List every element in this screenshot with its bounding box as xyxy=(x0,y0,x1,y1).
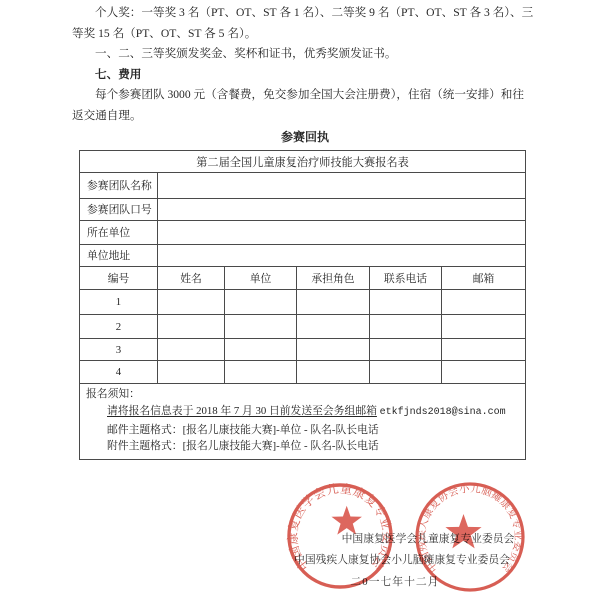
team-slogan-label: 参赛团队口号 xyxy=(80,199,158,221)
col-header-role: 承担角色 xyxy=(297,267,370,290)
notes-attachment-subject: 附件主题格式：[报名儿康技能大赛]-单位 - 队名-队长电话 xyxy=(86,438,519,455)
stamp-star-icon xyxy=(445,514,481,548)
member-cell xyxy=(370,339,442,361)
member-cell xyxy=(370,290,442,315)
team-slogan-row: 参赛团队口号 xyxy=(80,199,526,221)
member-cell xyxy=(225,339,297,361)
unit-address-row: 单位地址 xyxy=(80,245,526,267)
member-cell xyxy=(442,315,526,339)
team-name-label: 参赛团队名称 xyxy=(80,173,158,199)
notes-cell: 报名须知： 请将报名信息表于 2018 年 7 月 30 日前发送至会务组邮箱 … xyxy=(80,384,526,460)
team-name-row: 参赛团队名称 xyxy=(80,173,526,199)
receipt-section-title: 参赛回执 xyxy=(79,128,531,145)
member-cell xyxy=(158,315,225,339)
form-title: 第二届全国儿童康复治疗师技能大赛报名表 xyxy=(80,151,526,173)
member-row-2: 2 xyxy=(80,315,526,339)
form-title-row: 第二届全国儿童康复治疗师技能大赛报名表 xyxy=(80,151,526,173)
official-stamp-left: 中国康复医学会儿童康复专业委员会 xyxy=(278,474,402,598)
work-unit-label: 所在单位 xyxy=(80,221,158,245)
member-cell xyxy=(297,290,370,315)
col-header-phone: 联系电话 xyxy=(370,267,442,290)
work-unit-row: 所在单位 xyxy=(80,221,526,245)
member-cell xyxy=(442,290,526,315)
notes-deadline-text: 请将报名信息表于 2018 年 7 月 30 日前发送至会务组邮箱 xyxy=(107,405,377,417)
official-stamp-right: 中国残疾人康复协会小儿脑瘫康复专业委员会 xyxy=(407,474,533,600)
unit-address-value-cell xyxy=(158,245,526,267)
member-cell xyxy=(225,361,297,384)
stamp-star-icon xyxy=(331,506,361,535)
fee-section-heading: 七、费用 xyxy=(72,65,518,86)
contact-email: etkfjnds2018@sina.com xyxy=(380,407,506,418)
member-row-3: 3 xyxy=(80,339,526,361)
notes-heading: 报名须知： xyxy=(86,386,519,403)
member-cell xyxy=(158,361,225,384)
col-header-unit: 单位 xyxy=(225,267,297,290)
member-cell xyxy=(297,339,370,361)
member-number: 3 xyxy=(80,339,158,361)
registration-form-table: 第二届全国儿童康复治疗师技能大赛报名表 参赛团队名称 参赛团队口号 所在单位 单… xyxy=(79,150,526,460)
scanned-document-page: 个人奖：一等奖 3 名（PT、OT、ST 各 1 名）、二等奖 9 名（PT、O… xyxy=(0,0,600,601)
notes-deadline-line: 请将报名信息表于 2018 年 7 月 30 日前发送至会务组邮箱 etkfjn… xyxy=(86,403,519,422)
member-cell xyxy=(225,290,297,315)
member-cell xyxy=(370,315,442,339)
fee-paragraph-line1: 每个参赛团队 3000 元（含餐费，免交参加全国大会注册费），住宿（统一安排）和… xyxy=(72,85,518,106)
notes-row: 报名须知： 请将报名信息表于 2018 年 7 月 30 日前发送至会务组邮箱 … xyxy=(80,384,526,460)
col-header-email: 邮箱 xyxy=(442,267,526,290)
member-number: 4 xyxy=(80,361,158,384)
certificates-paragraph: 一、二、三等奖颁发奖金、奖杯和证书，优秀奖颁发证书。 xyxy=(72,44,518,65)
member-row-1: 1 xyxy=(80,290,526,315)
team-slogan-value-cell xyxy=(158,199,526,221)
member-cell xyxy=(297,361,370,384)
col-header-name: 姓名 xyxy=(158,267,225,290)
awards-paragraph-line2: 等奖 15 名（PT、OT、ST 各 5 名）。 xyxy=(72,24,518,45)
fee-paragraph-line2: 返交通自理。 xyxy=(72,106,518,127)
member-cell xyxy=(442,361,526,384)
unit-address-label: 单位地址 xyxy=(80,245,158,267)
work-unit-value-cell xyxy=(158,221,526,245)
member-cell xyxy=(158,290,225,315)
team-name-value-cell xyxy=(158,173,526,199)
member-number: 1 xyxy=(80,290,158,315)
stamp-ring-text: 中国康复医学会儿童康复专业委员会 xyxy=(285,481,394,574)
member-cell xyxy=(297,315,370,339)
members-header-row: 编号 姓名 单位 承担角色 联系电话 邮箱 xyxy=(80,267,526,290)
member-row-4: 4 xyxy=(80,361,526,384)
member-cell xyxy=(158,339,225,361)
notes-email-subject: 邮件主题格式：[报名儿康技能大赛]-单位 - 队名-队长电话 xyxy=(86,422,519,439)
member-cell xyxy=(370,361,442,384)
intro-text-block: 个人奖：一等奖 3 名（PT、OT、ST 各 1 名）、二等奖 9 名（PT、O… xyxy=(72,0,518,127)
col-header-number: 编号 xyxy=(80,267,158,290)
member-cell xyxy=(442,339,526,361)
awards-paragraph-line1: 个人奖：一等奖 3 名（PT、OT、ST 各 1 名）、二等奖 9 名（PT、O… xyxy=(72,3,518,24)
member-number: 2 xyxy=(80,315,158,339)
member-cell xyxy=(225,315,297,339)
